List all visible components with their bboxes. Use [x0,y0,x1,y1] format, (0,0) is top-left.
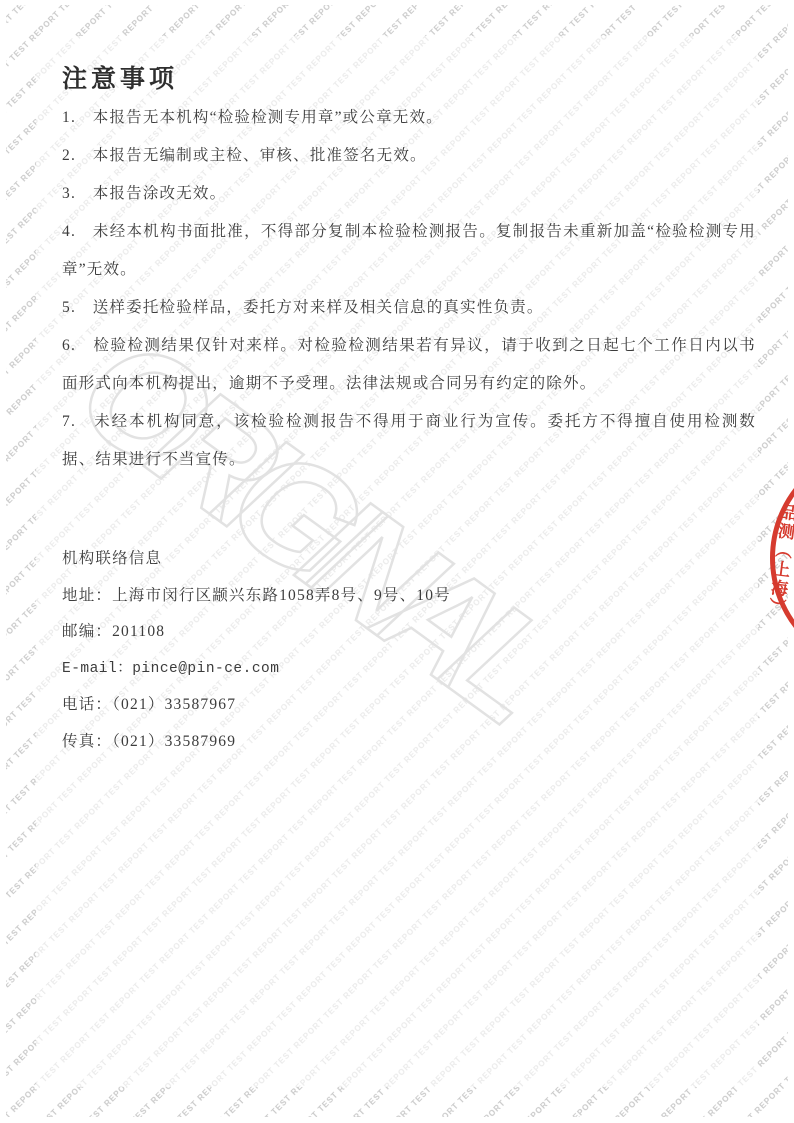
contact-address-line: 地址：上海市闵行区颛兴东路1058弄8号、9号、10号 [62,578,756,615]
note-item-4: 4. 未经本机构书面批准，不得部分复制本检验检测报告。复制报告未重新加盖“检验检… [62,213,756,289]
phone-label: 电话： [62,696,112,713]
email-label: E-mail： [62,661,132,677]
report-page: TEST REPORT TEST REPORT TEST REPORT ORIG… [0,0,794,1123]
note-item-1: 1. 本报告无本机构“检验检测专用章”或公章无效。 [62,99,756,137]
note-item-6: 6. 检验检测结果仅针对来样。对检验检测结果若有异议，请于收到之日起七个工作日内… [62,327,756,403]
postcode-value: 201108 [112,623,165,640]
postcode-label: 邮编： [62,623,112,640]
note-item-5: 5. 送样委托检验样品，委托方对来样及相关信息的真实性负责。 [62,289,756,327]
page-title: 注意事项 [62,64,756,96]
fax-label: 传真： [62,733,112,750]
fax-value: （021）33587969 [112,733,236,750]
address-label: 地址： [62,587,112,604]
contact-info-block: 机构联络信息 地址：上海市闵行区颛兴东路1058弄8号、9号、10号 邮编：20… [62,541,756,760]
email-value: pince@pin-ce.com [132,661,279,677]
contact-postcode-line: 邮编：201108 [62,614,756,651]
address-value: 上海市闵行区颛兴东路1058弄8号、9号、10号 [112,587,451,604]
contact-phone-line: 电话：（021）33587967 [62,687,756,724]
note-item-3: 3. 本报告涂改无效。 [62,175,756,213]
phone-value: （021）33587967 [112,696,236,713]
note-item-7: 7. 未经本机构同意，该检验检测报告不得用于商业行为宣传。委托方不得擅自使用检测… [62,403,756,479]
note-item-2: 2. 本报告无编制或主检、审核、批准签名无效。 [62,137,756,175]
document-content: 注意事项 1. 本报告无本机构“检验检测专用章”或公章无效。 2. 本报告无编制… [62,64,756,760]
contact-email-line: E-mail：pince@pin-ce.com [62,651,756,688]
contact-heading: 机构联络信息 [62,541,756,578]
contact-fax-line: 传真：（021）33587969 [62,724,756,761]
